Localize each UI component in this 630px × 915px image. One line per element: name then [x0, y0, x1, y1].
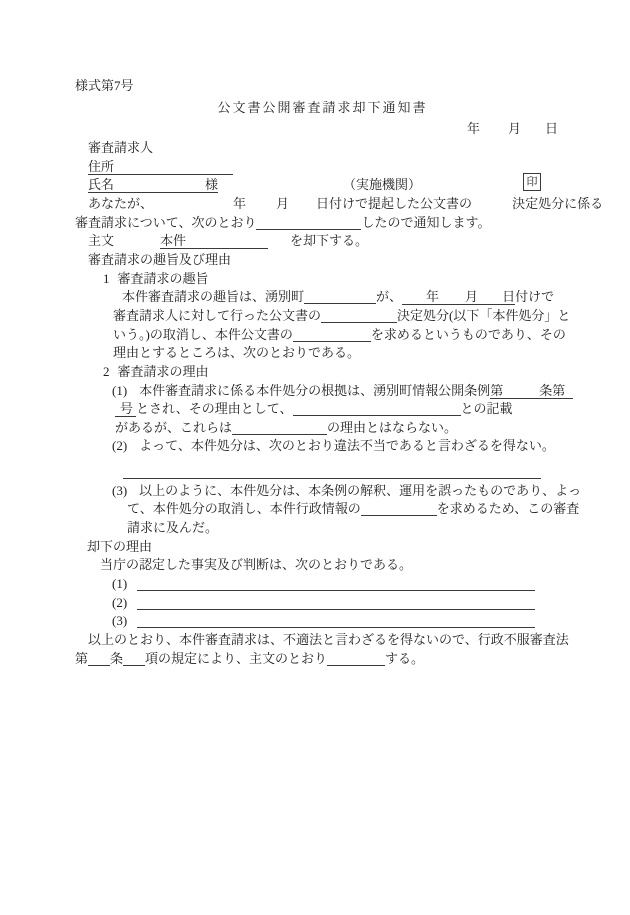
article-field: 第条第 — [490, 383, 573, 399]
item1-l2-blank — [321, 308, 397, 323]
article-mid: 条第 — [539, 383, 565, 398]
main-clause-case: 本件 — [160, 233, 186, 248]
closing-article-blank — [88, 651, 110, 666]
form-number-row: 様式第7号 — [75, 77, 570, 96]
article-prefix: 第 — [490, 383, 503, 398]
reason1-l3-blank — [232, 420, 327, 435]
reason2-text: よって、本件処分は、次のとおり違法不当であると言わざるを得ない。 — [139, 438, 555, 453]
reason1-l2-text-c: との記載 — [461, 401, 513, 416]
date-year-label: 年 — [467, 121, 480, 136]
item-number-suffix: 号 — [120, 401, 133, 416]
name-label: 氏名 — [88, 177, 114, 192]
item1-l1-text-a: 本件審査請求の趣旨は、湧別町 — [122, 289, 304, 304]
main-clause-field: 本件 — [160, 233, 268, 249]
item1-title: 審査請求の趣旨 — [118, 271, 209, 286]
reason1-l2-blank — [293, 401, 461, 416]
dismissal-item1-number: (1) — [112, 576, 127, 591]
intro1-text-c: 決定処分に係る — [512, 196, 603, 211]
address-label: 住所 — [88, 159, 114, 174]
dismissal-item2-blank — [137, 595, 535, 610]
requester-label: 審査請求人 — [88, 140, 153, 155]
item1-l3-text-a: いう。)の取消し、本件公文書の — [113, 327, 293, 342]
intro-line-1: あなたが、年月日付けで提起した公文書の決定処分に係る — [75, 195, 570, 214]
address-row: 住所 — [75, 158, 570, 177]
intro2-text-a: 審査請求について、次のとおり — [75, 215, 256, 230]
reason3-line-2: て、本件処分の取消し、本件行政情報のを求めるため、この審査 — [75, 500, 570, 519]
reason3-l3-text: 請求に及んだ。 — [127, 520, 218, 535]
item1-day: 日 — [502, 289, 515, 304]
section1-heading-row: 審査請求の趣旨及び理由 — [75, 251, 570, 270]
reason3-number: (3) — [112, 483, 127, 498]
closing-l2-suffix: する。 — [385, 651, 424, 666]
dismissal-item-2: (2) — [75, 594, 570, 613]
closing-l1-text: 以上のとおり、本件審査請求は、不適法と言わざるを得ないので、行政不服審査法 — [88, 632, 569, 647]
date-row: 年月日 — [75, 120, 570, 139]
reason1-l1-text-a: 本件審査請求に係る本件処分の根拠は、湧別町情報公開条例 — [139, 383, 490, 398]
item2-title: 審査請求の理由 — [118, 364, 209, 379]
closing-action-blank — [327, 651, 385, 666]
item1-l3-blank — [293, 327, 371, 342]
item1-year: 年 — [426, 289, 439, 304]
intro2-text-b: したので通知します。 — [361, 215, 490, 230]
title-row: 公文書公開審査請求却下通知書 — [75, 99, 570, 118]
dismissal-intro-row: 当庁の認定した事実及び判断は、次のとおりである。 — [75, 556, 570, 575]
document-page: 様式第7号 公文書公開審査請求却下通知書 年月日 審査請求人 住所 氏名様 （実… — [0, 0, 630, 915]
item1-line-3: いう。)の取消し、本件公文書のを求めるというものであり、その — [75, 326, 570, 345]
agency-label: （実施機関） — [343, 176, 421, 195]
dismissal-item3-number: (3) — [112, 613, 127, 628]
item1-date-field: 年月日 — [402, 289, 515, 305]
reason3-l1-text: 以上のように、本件処分は、本条例の解釈、運用を誤ったものであり、よっ — [139, 483, 581, 498]
section1-heading: 審査請求の趣旨及び理由 — [88, 252, 231, 267]
item1-l2-text-b: 決定処分(以下「本件処分」と — [397, 308, 570, 323]
item1-month: 月 — [465, 289, 478, 304]
reason2-number: (2) — [112, 438, 127, 453]
name-field: 氏名様 — [88, 177, 218, 193]
closing-line-1: 以上のとおり、本件審査請求は、不適法と言わざるを得ないので、行政不服審査法 — [75, 631, 570, 650]
dismissal-item1-blank — [137, 576, 535, 591]
reason3-l2-blank — [361, 501, 437, 516]
dismissal-item3-blank — [137, 613, 535, 628]
reason3-l2-text-a: て、本件処分の取消し、本件行政情報の — [127, 501, 361, 516]
reason1-line-3: があるが、これらはの理由とはならない。 — [75, 419, 570, 438]
reason2-blank-line — [123, 464, 541, 479]
item1-line-4: 理由とするところは、次のとおりである。 — [75, 344, 570, 363]
item1-l1-text-b: が、 — [376, 289, 402, 304]
seal-mark: 印 — [523, 173, 541, 191]
intro2-blank — [256, 215, 361, 230]
intro-line-2: 審査請求について、次のとおりしたので通知します。 — [75, 214, 570, 233]
reason1-line-2: 号とされ、その理由として、との記載 — [75, 400, 570, 419]
dismissal-item2-number: (2) — [112, 595, 127, 610]
item1-l4-text: 理由とするところは、次のとおりである。 — [113, 345, 360, 360]
form-number: 様式第7号 — [75, 78, 134, 93]
closing-line-2: 第条項の規定により、主文のとおりする。 — [75, 650, 570, 669]
intro1-year: 年 — [233, 196, 246, 211]
closing-article-label: 第 — [75, 651, 88, 666]
item1-line-2: 審査請求人に対して行った公文書の決定処分(以下「本件処分」と — [75, 307, 570, 326]
reason1-l3-text-a: があるが、これらは — [115, 420, 232, 435]
item1-line-1: 本件審査請求の趣旨は、湧別町が、年月日付けで — [75, 288, 570, 307]
dismissal-intro: 当庁の認定した事実及び判断は、次のとおりである。 — [100, 557, 412, 572]
item-number-field: 号 — [115, 401, 136, 417]
reason1-l2-text-b: とされ、その理由として、 — [136, 401, 293, 416]
reason3-l2-text-b: を求めるため、この審査 — [437, 501, 579, 516]
item1-number: 1 — [103, 271, 110, 286]
honorific-label: 様 — [205, 177, 218, 192]
closing-clause-blank — [123, 651, 145, 666]
intro1-text-b: 日付けで提起した公文書の — [316, 196, 472, 211]
reason2-blank-row — [75, 463, 570, 482]
address-field: 住所 — [88, 159, 233, 175]
reason1-l3-text-b: の理由とはならない。 — [327, 420, 457, 435]
intro1-month: 月 — [276, 196, 289, 211]
closing-clause-label: 条 — [110, 651, 123, 666]
dismissal-heading: 却下の理由 — [87, 539, 152, 554]
reason1-number: (1) — [112, 383, 127, 398]
closing-l2-text: 項の規定により、主文のとおり — [145, 651, 327, 666]
dismissal-heading-row: 却下の理由 — [75, 538, 570, 557]
date-month-label: 月 — [508, 121, 521, 136]
item1-l3-text-b: を求めるというものであり、その — [371, 327, 566, 342]
main-clause-text: を却下する。 — [290, 233, 368, 248]
requester-row: 審査請求人 — [75, 139, 570, 158]
item2-heading-row: 2審査請求の理由 — [75, 363, 570, 382]
reason1-line-1: (1)本件審査請求に係る本件処分の根拠は、湧別町情報公開条例第条第 — [75, 382, 570, 401]
dismissal-item-3: (3) — [75, 612, 570, 631]
item1-l2-text-a: 審査請求人に対して行った公文書の — [113, 308, 321, 323]
name-row: 氏名様 （実施機関） 印 — [75, 176, 570, 195]
item1-heading-row: 1審査請求の趣旨 — [75, 270, 570, 289]
doc-title: 公文書公開審査請求却下通知書 — [217, 100, 427, 115]
date-day-label: 日 — [545, 121, 558, 136]
main-clause-label: 主文 — [88, 233, 114, 248]
item1-l1-blank — [304, 289, 376, 304]
document-content: 様式第7号 公文書公開審査請求却下通知書 年月日 審査請求人 住所 氏名様 （実… — [75, 77, 570, 668]
item1-l1-text-c: 付けで — [515, 289, 554, 304]
item2-number: 2 — [103, 364, 110, 379]
main-clause-row: 主文本件を却下する。 — [75, 232, 570, 251]
reason2-line-1: (2)よって、本件処分は、次のとおり違法不当であると言わざるを得ない。 — [75, 437, 570, 456]
intro1-text-a: あなたが、 — [88, 196, 153, 211]
dismissal-item-1: (1) — [75, 575, 570, 594]
reason3-line-1: (3)以上のように、本件処分は、本条例の解釈、運用を誤ったものであり、よっ — [75, 482, 570, 501]
reason3-line-3: 請求に及んだ。 — [75, 519, 570, 538]
